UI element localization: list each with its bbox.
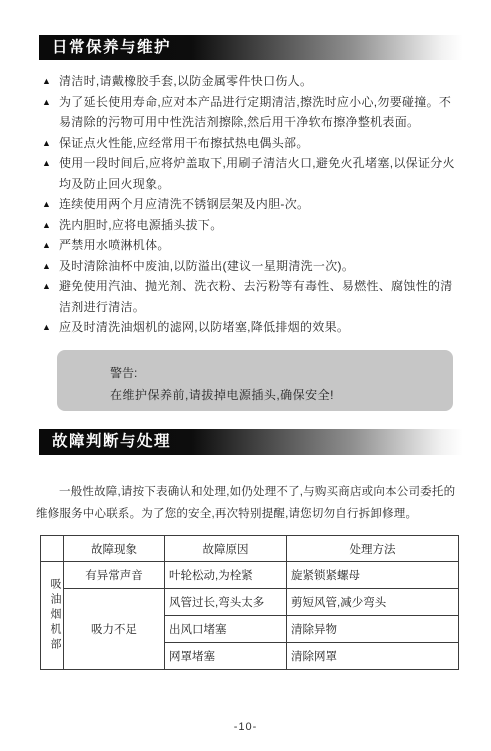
triangle-bullet-icon: ▲ — [42, 194, 59, 215]
section-header-maintenance: 日常保养与维护 — [39, 35, 463, 60]
triangle-bullet-icon: ▲ — [42, 92, 59, 133]
maintenance-bullet-list: ▲ 清洁时,请戴橡胶手套,以防金属零件快口伤人。 ▲ 为了延长使用寿命,应对本产… — [42, 71, 463, 338]
header-cause: 故障原因 — [165, 536, 287, 562]
phenomenon-cell: 吸力不足 — [64, 589, 165, 670]
bullet-text: 应及时清洗油烟机的滤网,以防堵塞,降低排烟的效果。 — [59, 317, 463, 338]
group-label: 吸油烟机部 — [45, 578, 65, 653]
list-item: ▲ 为了延长使用寿命,应对本产品进行定期清洁,擦洗时应小心,勿要碰撞。不易清除的… — [42, 92, 463, 133]
list-item: ▲ 清洁时,请戴橡胶手套,以防金属零件快口伤人。 — [42, 71, 463, 92]
bullet-text: 洗内胆时,应将电源插头拔下。 — [59, 215, 463, 236]
warning-label: 警告: — [110, 362, 443, 384]
list-item: ▲ 严禁用水喷淋机体。 — [42, 235, 463, 256]
manual-page: 日常保养与维护 ▲ 清洁时,请戴橡胶手套,以防金属零件快口伤人。 ▲ 为了延长使… — [0, 0, 491, 751]
bullet-text: 严禁用水喷淋机体。 — [59, 235, 463, 256]
header-phenomenon: 故障现象 — [64, 536, 165, 562]
triangle-bullet-icon: ▲ — [42, 153, 59, 194]
remedy-cell: 清除异物 — [287, 616, 459, 643]
section-title: 日常保养与维护 — [39, 35, 463, 60]
section-title: 故障判断与处理 — [39, 429, 463, 455]
list-item: ▲ 及时清除油杯中废油,以防溢出(建议一星期清洗一次)。 — [42, 256, 463, 277]
troubleshooting-intro: 一般性故障,请按下表确认和处理,如仍处理不了,与购买商店或向本公司委托的维修服务… — [36, 482, 460, 525]
table-header-row: 故障现象 故障原因 处理方法 — [41, 536, 459, 562]
triangle-bullet-icon: ▲ — [42, 276, 59, 317]
triangle-bullet-icon: ▲ — [42, 317, 59, 338]
cause-cell: 叶轮松动,为栓紧 — [165, 562, 287, 589]
triangle-bullet-icon: ▲ — [42, 71, 59, 92]
bullet-text: 连续使用两个月应清洗不锈钢层架及内胆-次。 — [59, 194, 463, 215]
bullet-text: 保证点火性能,应经常用干布擦拭热电偶头部。 — [59, 133, 463, 154]
triangle-bullet-icon: ▲ — [42, 215, 59, 236]
table-row: 吸油烟机部 有异常声音 叶轮松动,为栓紧 旋紧锁紧螺母 — [41, 562, 459, 589]
remedy-cell: 旋紧锁紧螺母 — [287, 562, 459, 589]
section-header-troubleshooting: 故障判断与处理 — [39, 429, 463, 455]
bullet-text: 避免使用汽油、抛光剂、洗衣粉、去污粉等有毒性、易燃性、腐蚀性的清洁剂进行清洁。 — [59, 276, 463, 317]
cause-cell: 出风口堵塞 — [165, 616, 287, 643]
header-group — [41, 536, 64, 562]
phenomenon-cell: 有异常声音 — [64, 562, 165, 589]
fault-table: 故障现象 故障原因 处理方法 吸油烟机部 有异常声音 叶轮松动,为栓紧 旋紧锁紧… — [40, 535, 459, 670]
triangle-bullet-icon: ▲ — [42, 133, 59, 154]
bullet-text: 使用一段时间后,应将炉盖取下,用刷子清洁火口,避免火孔堵塞,以保证分火均及防止回… — [59, 153, 463, 194]
list-item: ▲ 应及时清洗油烟机的滤网,以防堵塞,降低排烟的效果。 — [42, 317, 463, 338]
page-number: -10- — [0, 721, 491, 733]
warning-box: 警告: 在维护保养前,请拔掉电源插头,确保安全! — [57, 350, 453, 411]
remedy-cell: 剪短风管,减少弯头 — [287, 589, 459, 616]
bullet-text: 及时清除油杯中废油,以防溢出(建议一星期清洗一次)。 — [59, 256, 463, 277]
remedy-cell: 清除网罩 — [287, 643, 459, 670]
warning-text: 在维护保养前,请拔掉电源插头,确保安全! — [110, 384, 443, 406]
list-item: ▲ 使用一段时间后,应将炉盖取下,用刷子清洁火口,避免火孔堵塞,以保证分火均及防… — [42, 153, 463, 194]
list-item: ▲ 避免使用汽油、抛光剂、洗衣粉、去污粉等有毒性、易燃性、腐蚀性的清洁剂进行清洁… — [42, 276, 463, 317]
bullet-text: 清洁时,请戴橡胶手套,以防金属零件快口伤人。 — [59, 71, 463, 92]
list-item: ▲ 连续使用两个月应清洗不锈钢层架及内胆-次。 — [42, 194, 463, 215]
list-item: ▲ 保证点火性能,应经常用干布擦拭热电偶头部。 — [42, 133, 463, 154]
group-label-cell: 吸油烟机部 — [41, 562, 64, 670]
header-remedy: 处理方法 — [287, 536, 459, 562]
bullet-text: 为了延长使用寿命,应对本产品进行定期清洁,擦洗时应小心,勿要碰撞。不易清除的污物… — [59, 92, 463, 133]
cause-cell: 风管过长,弯头太多 — [165, 589, 287, 616]
list-item: ▲ 洗内胆时,应将电源插头拔下。 — [42, 215, 463, 236]
triangle-bullet-icon: ▲ — [42, 256, 59, 277]
triangle-bullet-icon: ▲ — [42, 235, 59, 256]
cause-cell: 网罩堵塞 — [165, 643, 287, 670]
table-row: 吸力不足 风管过长,弯头太多 剪短风管,减少弯头 — [41, 589, 459, 616]
